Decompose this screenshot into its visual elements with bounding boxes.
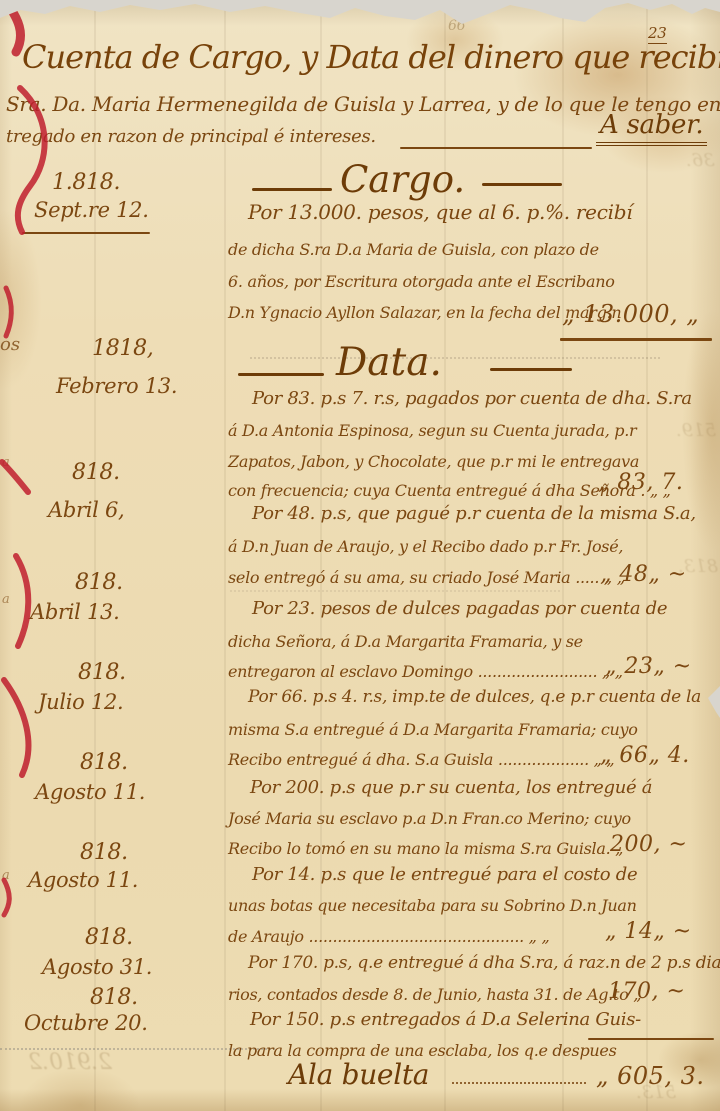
binding-thread: [0, 0, 70, 1111]
entry-amount: 200, ~: [610, 832, 687, 857]
entry-amount: „ 83, 7.: [598, 470, 683, 495]
entry-margin-year: 818.: [75, 570, 123, 595]
entry-margin-date: Febrero 13.: [56, 374, 177, 398]
entry-line: unas botas que necesitaba para su Sobrin…: [228, 896, 637, 915]
heading-dash: [482, 183, 562, 186]
manuscript-page: 36. 519. 813. os 2.910.2 513. a a a 66 2…: [0, 0, 720, 1111]
fold-crease: [646, 0, 648, 1111]
entry-line: Por 150. p.s entregados á D.a Selerina G…: [250, 1009, 641, 1030]
fold-crease: [224, 0, 226, 1111]
entry-line: Por 170. p.s, q.e entregué á dha S.ra, á…: [248, 953, 720, 973]
entry-margin-year: 818.: [85, 925, 133, 950]
entry-margin-year: 1818,: [92, 336, 153, 361]
data-heading: Data.: [336, 340, 442, 385]
carry-forward-label: Ala buelta: [288, 1058, 429, 1091]
entry-amount: „ 66„ 4.: [600, 743, 690, 768]
cargo-line: de dicha S.ra D.a Maria de Guisla, con p…: [228, 240, 599, 259]
cargo-amount: „ 13.000, „: [562, 300, 699, 328]
entry-line: Por 14. p.s que le entregué para el cost…: [252, 864, 637, 885]
bleedthrough-fragment: 519.: [676, 420, 716, 441]
entry-line: Recibo lo tomó en su mano la misma S.ra …: [228, 839, 623, 858]
heading-dash: [252, 188, 332, 191]
entry-margin-year: 818.: [78, 660, 126, 685]
heading-dash: [490, 368, 572, 371]
bleedthrough-fragment: 36.: [686, 150, 715, 171]
entry-line: Por 66. p.s 4. r.s, imp.te de dulces, q.…: [248, 687, 701, 707]
cargo-line: Por 13.000. pesos, que al 6. p.%. recibí: [248, 200, 632, 224]
entry-margin-year: 818.: [80, 840, 128, 865]
entry-line: Por 200. p.s que p.r su cuenta, los entr…: [250, 777, 652, 798]
entry-line: rios, contados desde 8. de Junio, hasta …: [228, 985, 641, 1004]
header-rule: [400, 147, 592, 149]
entry-line: Zapatos, Jabon, y Chocolate, que p.r mi …: [228, 452, 639, 471]
entry-line: á D.n Juan de Araujo, y el Recibo dado p…: [228, 537, 623, 556]
total-rule: [588, 1038, 714, 1040]
dotted-leader: [452, 1082, 586, 1084]
entry-line: entregaron al esclavo Domingo ..........…: [228, 662, 623, 681]
entry-margin-year: 818.: [90, 985, 138, 1010]
entry-line: Por 83. p.s 7. r.s, pagados por cuenta d…: [252, 388, 692, 409]
entry-line: José Maria su esclavo p.a D.n Fran.co Me…: [228, 809, 631, 828]
cargo-line: 6. años, por Escritura otorgada ante el …: [228, 272, 615, 291]
entry-line: de Araujo ..............................…: [228, 927, 549, 946]
entry-margin-year: 818.: [72, 460, 120, 485]
carry-forward-amount: „ 605, 3.: [596, 1062, 705, 1090]
heading-dash: [238, 373, 324, 376]
entry-line: Recibo entregué á dha. S.a Guisla ......…: [228, 750, 614, 769]
entry-line: selo entregó á su ama, su criado José Ma…: [228, 568, 625, 587]
ruled-line-bleed: [230, 590, 560, 592]
entry-line: Por 48. p.s, que pagué p.r cuenta de la …: [252, 503, 696, 524]
entry-amount: „ 48„ ~: [600, 562, 687, 587]
amount-rule: [560, 338, 712, 341]
entry-line: dicha Señora, á D.a Margarita Framaria, …: [228, 632, 583, 651]
entry-amount: „ 14„ ~: [605, 919, 692, 944]
entry-line: á D.a Antonia Espinosa, segun su Cuenta …: [228, 421, 636, 440]
manuscript-scan: 36. 519. 813. os 2.910.2 513. a a a 66 2…: [0, 0, 720, 1111]
entry-line: misma S.a entregué á D.a Margarita Frama…: [228, 720, 638, 739]
cargo-heading: Cargo.: [340, 158, 465, 201]
title-line-1: Cuenta de Cargo, y Data del dinero que r…: [22, 38, 720, 76]
entry-line: Por 23. pesos de dulces pagadas por cuen…: [252, 598, 667, 619]
a-saber-label: A saber.: [596, 110, 707, 146]
entry-margin-year: 818.: [80, 750, 128, 775]
entry-amount: „ 23„ ~: [605, 654, 692, 679]
ruled-line-bleed: [250, 357, 660, 359]
pencil-mark: 66: [448, 18, 465, 34]
entry-amount: 170, ~: [608, 979, 685, 1004]
